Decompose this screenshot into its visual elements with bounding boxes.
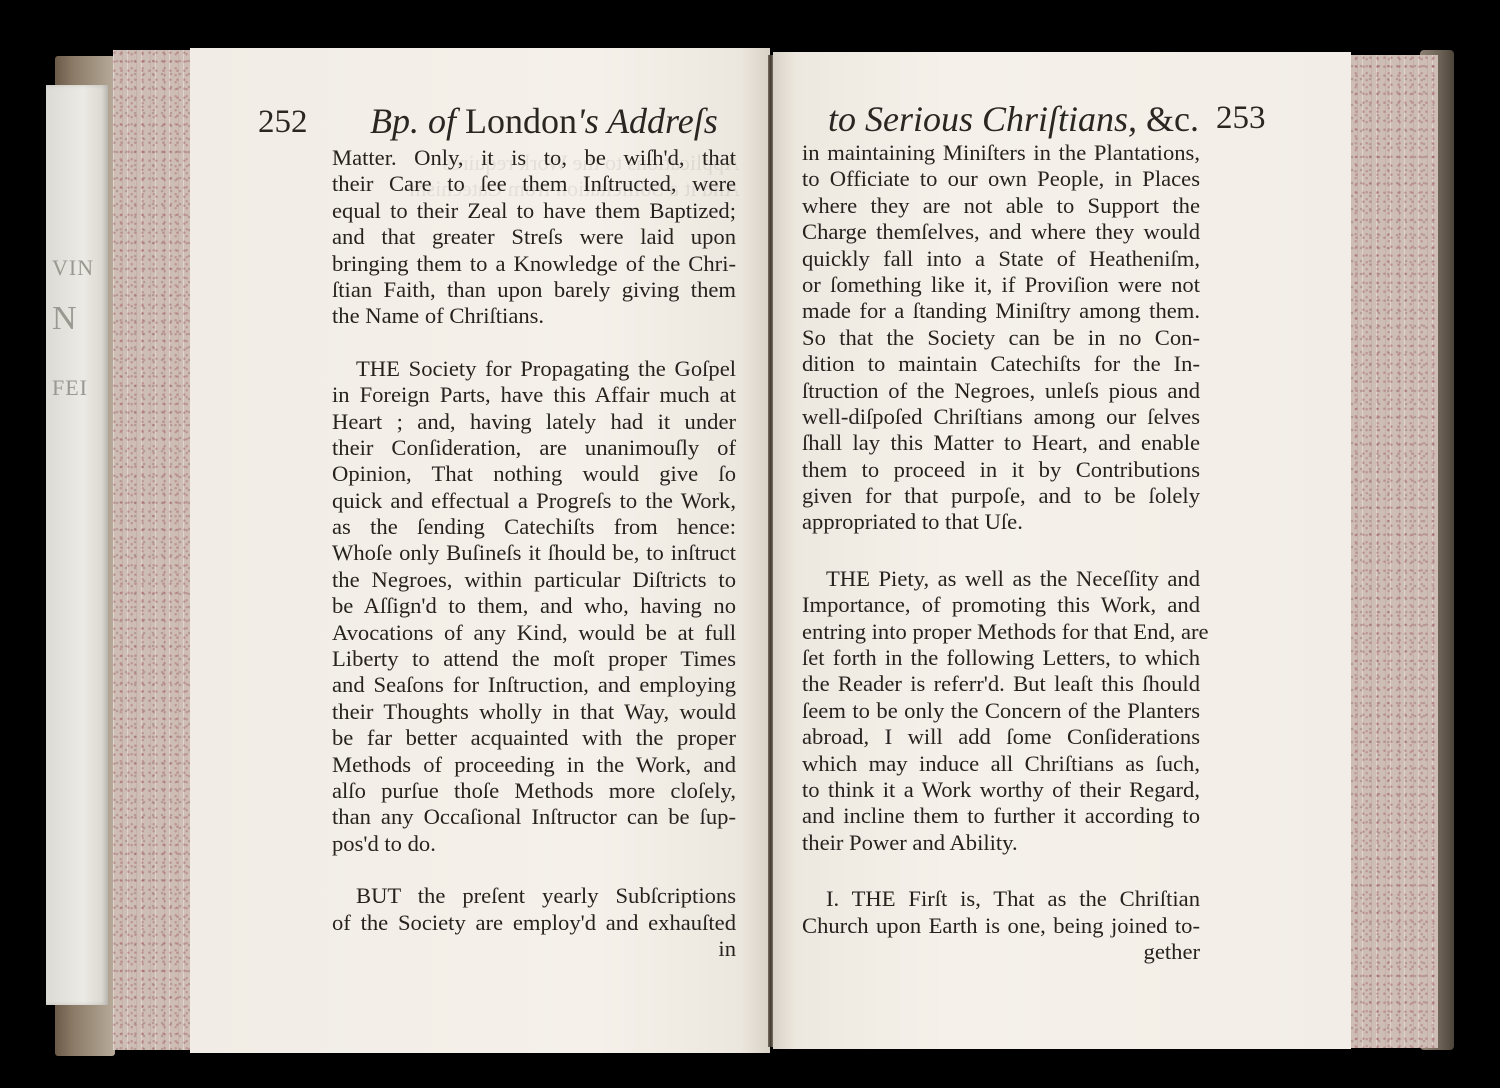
- running-head-part: Bp. of: [370, 101, 465, 141]
- text-line: bringing them to a Knowledge of the Chri…: [332, 251, 736, 277]
- text-line: be far better acquainted with the proper: [332, 725, 736, 751]
- text-line: Methods of proceeding in the Work, and: [332, 752, 736, 778]
- running-head-part: 's: [577, 101, 607, 141]
- text-line: Whoſe only Buſineſs it ſhould be, to inſ…: [332, 540, 736, 566]
- text-line: their Power and Ability.: [802, 830, 1200, 856]
- text-line: made for a ſtanding Miniſtry among them.: [802, 298, 1200, 324]
- text-line: and Seaſons for Inſtruction, and employi…: [332, 672, 736, 698]
- text-line: pos'd to do.: [332, 831, 736, 857]
- text-line: in Foreign Parts, have this Affair much …: [332, 382, 736, 408]
- running-head-right: to Serious Chriſtians, &c.: [828, 98, 1199, 140]
- text-line: So that the Society can be in no Con-: [802, 325, 1200, 351]
- text-line: quickly fall into a State of Heatheniſm,: [802, 246, 1200, 272]
- text-line: the Name of Chriſtians.: [332, 303, 736, 329]
- text-line: BUT the preſent yearly Subſcriptions: [332, 883, 736, 909]
- text-line: to think it a Work worthy of their Regar…: [802, 777, 1200, 803]
- running-head-part: &c.: [1146, 99, 1199, 139]
- text-line: ſhall lay this Matter to Heart, and enab…: [802, 430, 1200, 456]
- text-line: ſet forth in the following Letters, to w…: [802, 645, 1200, 671]
- text-line: THE Piety, as well as the Neceſſity and: [802, 566, 1200, 592]
- open-book: VIN N FEI Applications to the Work requi…: [0, 0, 1500, 1088]
- left-page-body: Matter. Only, it is to, be wiſh'd, that …: [332, 145, 736, 962]
- insert-mark: VIN: [52, 255, 94, 281]
- text-line: Opinion, That nothing would give ſo: [332, 461, 736, 487]
- text-line: THE Society for Propagating the Goſpel: [332, 356, 736, 382]
- text-line: entring into proper Methods for that End…: [802, 619, 1200, 645]
- running-head-part: to Serious Chriſtians,: [828, 99, 1146, 139]
- page-edges-right: [1348, 55, 1438, 1048]
- catchword: gether: [802, 939, 1200, 965]
- text-line: and incline them to further it according…: [802, 803, 1200, 829]
- text-line: alſo purſue thoſe Methods more cloſely,: [332, 778, 736, 804]
- text-line: be Aſſign'd to them, and who, having no: [332, 593, 736, 619]
- text-line: their Conſideration, are unanimouſly of: [332, 435, 736, 461]
- text-line: the Negroes, within particular Diſtricts…: [332, 567, 736, 593]
- text-line: equal to their Zeal to have them Baptize…: [332, 198, 736, 224]
- text-line: and that greater Streſs were laid upon: [332, 224, 736, 250]
- insert-mark: FEI: [52, 375, 88, 401]
- text-line: abroad, I will add ſome Conſiderations: [802, 724, 1200, 750]
- text-line: where they are not able to Support the: [802, 193, 1200, 219]
- text-line: ſtian Faith, than upon barely giving the…: [332, 277, 736, 303]
- text-line: I. THE Firſt is, That as the Chriſtian: [802, 886, 1200, 912]
- text-line: given for that purpoſe, and to be ſolely: [802, 483, 1200, 509]
- text-line: Importance, of promoting this Work, and: [802, 592, 1200, 618]
- text-line: Church upon Earth is one, being joined t…: [802, 913, 1200, 939]
- text-line: in maintaining Miniſters in the Plantati…: [802, 140, 1200, 166]
- text-line: Avocations of any Kind, would be at full: [332, 620, 736, 646]
- right-page-body: in maintaining Miniſters in the Plantati…: [802, 140, 1200, 965]
- paragraph: THE Society for Propagating the Goſpel i…: [332, 356, 736, 857]
- text-line: quick and effectual a Progreſs to the Wo…: [332, 488, 736, 514]
- text-line: well-diſpoſed Chriſtians among our ſelve…: [802, 404, 1200, 430]
- paragraph: THE Piety, as well as the Neceſſity and …: [802, 566, 1200, 856]
- text-line: or ſomething like it, if Proviſion were …: [802, 272, 1200, 298]
- paragraph: in maintaining Miniſters in the Plantati…: [802, 140, 1200, 536]
- text-line: their Thoughts wholly in that Way, would: [332, 699, 736, 725]
- paragraph: Matter. Only, it is to, be wiſh'd, that …: [332, 145, 736, 330]
- book-gutter: [768, 55, 773, 1047]
- folded-insert-sheet: VIN N FEI: [46, 85, 108, 1005]
- text-line: appropriated to that Uſe.: [802, 509, 1200, 535]
- text-line: Matter. Only, it is to, be wiſh'd, that: [332, 145, 736, 171]
- text-line: dition to maintain Catechiſts for the In…: [802, 351, 1200, 377]
- text-line: their Care to ſee them Inſtructed, were: [332, 171, 736, 197]
- page-number-right: 253: [1216, 100, 1266, 137]
- text-line: of the Society are employ'd and exhauſte…: [332, 910, 736, 936]
- text-line: which may induce all Chriſtians as ſuch,: [802, 751, 1200, 777]
- text-line: to Officiate to our own People, in Place…: [802, 166, 1200, 192]
- running-head-part: London: [465, 101, 577, 141]
- text-line: Heart ; and, having lately had it under: [332, 409, 736, 435]
- text-line: than any Occaſional Inſtructor can be ſu…: [332, 804, 736, 830]
- text-line: them to proceed in it by Contributions: [802, 457, 1200, 483]
- insert-mark: N: [52, 300, 78, 338]
- page-number-left: 252: [258, 104, 308, 141]
- page-edges-left: [113, 50, 193, 1050]
- text-line: Liberty to attend the moſt proper Times: [332, 646, 736, 672]
- text-line: ſeem to be only the Concern of the Plant…: [802, 698, 1200, 724]
- paragraph: BUT the preſent yearly Subſcriptions of …: [332, 883, 736, 936]
- text-line: as the ſending Catechiſts from hence:: [332, 514, 736, 540]
- text-line: Charge themſelves, and where they would: [802, 219, 1200, 245]
- text-line: the Reader is referr'd. But leaſt this ſ…: [802, 671, 1200, 697]
- text-line: ſtruction of the Negroes, unleſs pious a…: [802, 378, 1200, 404]
- catchword: in: [332, 936, 736, 962]
- paragraph: I. THE Firſt is, That as the Chriſtian C…: [802, 886, 1200, 939]
- running-head-part: Addreſs: [607, 101, 718, 141]
- running-head-left: Bp. of London's Addreſs: [370, 100, 718, 142]
